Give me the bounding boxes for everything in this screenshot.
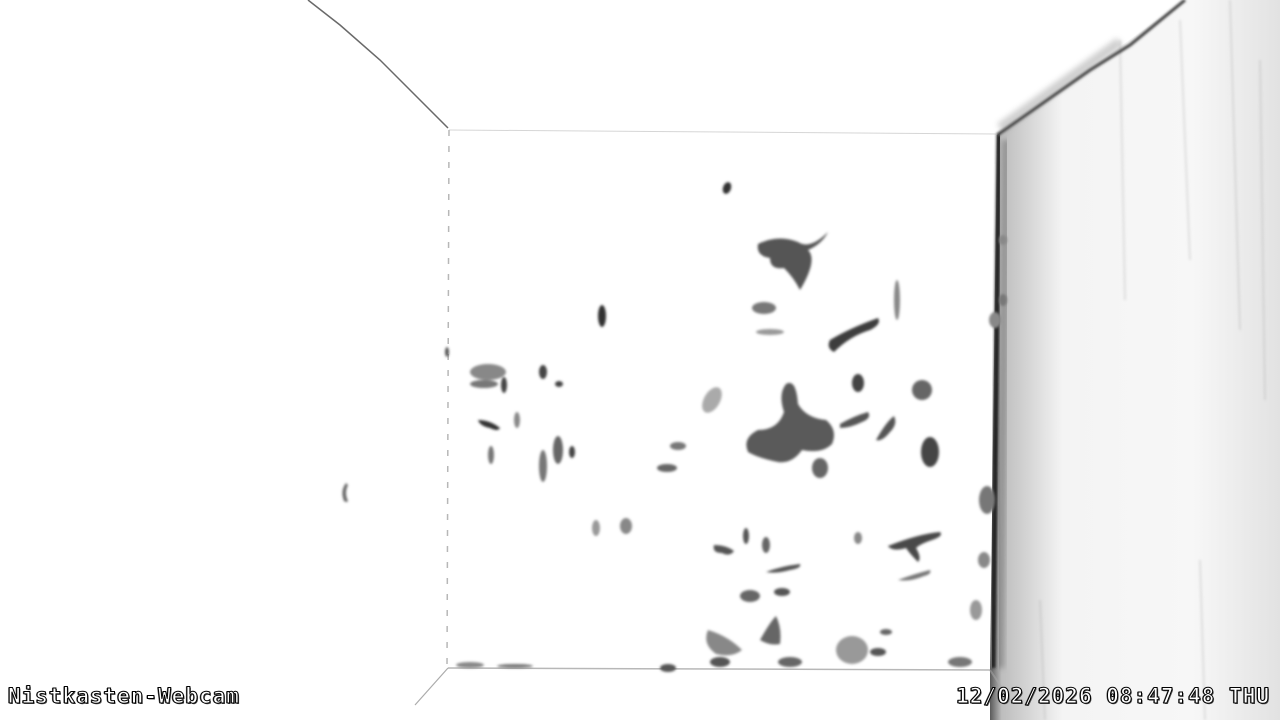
webcam-frame: Nistkasten-Webcam 12/02/2026 08:47:48 TH… [0,0,1280,720]
nest-debris [342,181,1007,672]
osd-camera-title: Nistkasten-Webcam [8,686,240,707]
back-top-edge [449,130,997,134]
nest-box-scene [0,0,1280,720]
floor-front-edge [448,668,990,670]
osd-date: 12/02/2026 [956,684,1092,708]
left-wall-top-edge [308,0,448,128]
left-inner-edge [447,130,449,668]
osd-timestamp: 12/02/2026 08:47:48 THU [956,686,1270,707]
osd-weekday: THU [1229,684,1270,708]
osd-clock: 08:47:48 [1106,684,1215,708]
